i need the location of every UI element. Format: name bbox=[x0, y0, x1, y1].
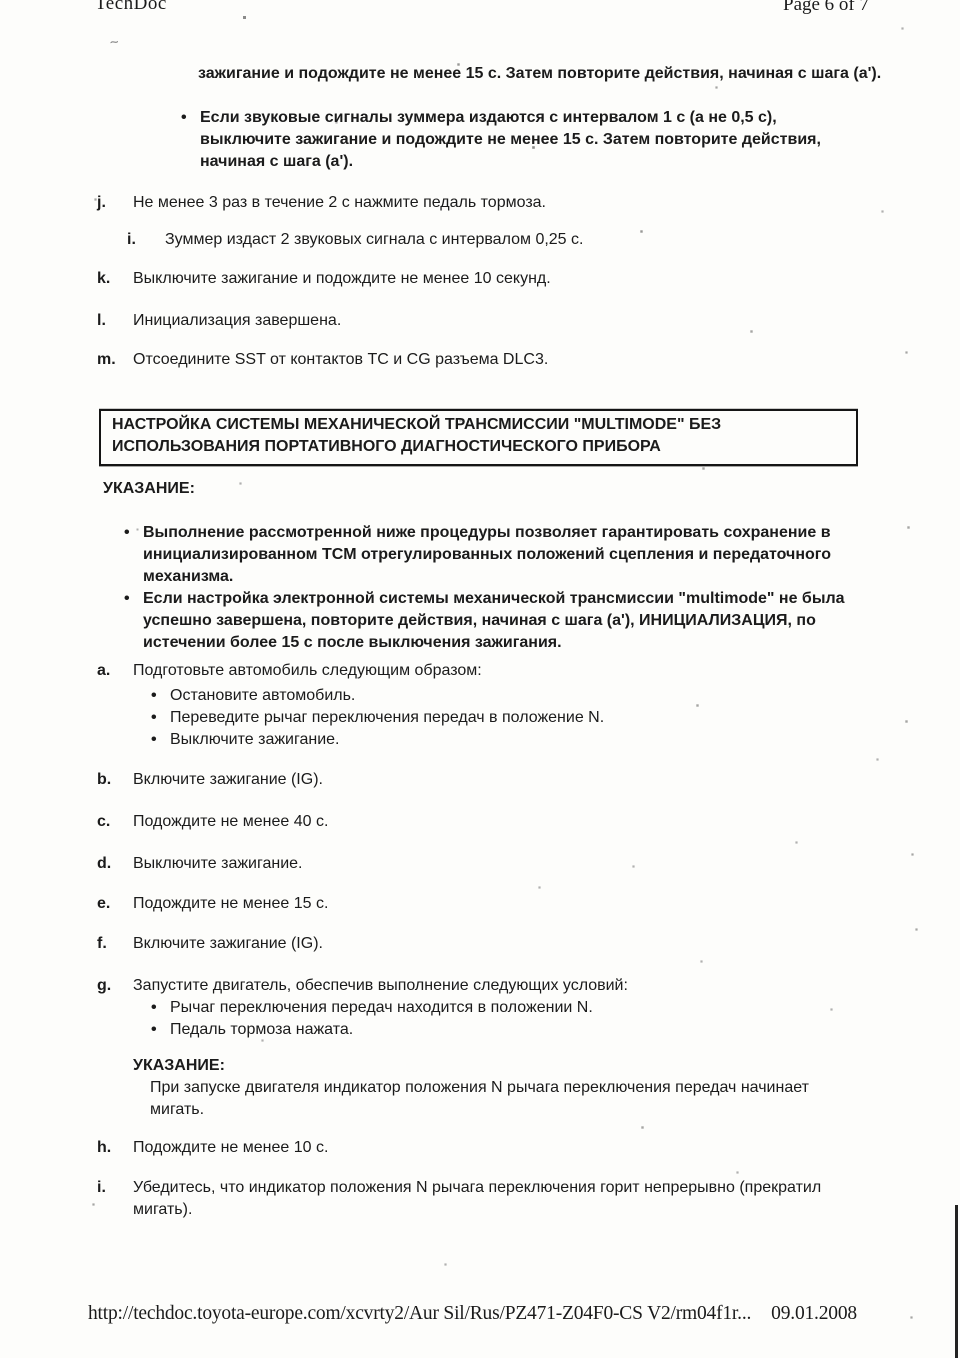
sub-bullet-text: Рычаг переключения передач находится в п… bbox=[170, 997, 593, 1019]
step-text: Включите зажигание (IG). bbox=[133, 933, 323, 955]
step-label: c. bbox=[97, 811, 133, 833]
scan-edge-artifact bbox=[955, 1205, 958, 1358]
bullet-icon: • bbox=[151, 1019, 170, 1041]
step-row-h: h. Подождите не менее 10 с. bbox=[97, 1137, 857, 1159]
step-a-bullets: • Остановите автомобиль. • Переведите ры… bbox=[151, 685, 811, 751]
note-text: При запуске двигателя индикатор положени… bbox=[150, 1077, 838, 1121]
step-label: b. bbox=[97, 769, 133, 791]
note-heading: УКАЗАНИЕ: bbox=[103, 480, 195, 498]
note-item: • Выполнение рассмотренной ниже процедур… bbox=[124, 522, 876, 588]
note-text: Если настройка электронной системы механ… bbox=[143, 588, 876, 654]
step-text: Подготовьте автомобиль следующим образом… bbox=[133, 660, 482, 682]
bullet-icon: • bbox=[124, 588, 143, 654]
app-title: TechDoc bbox=[95, 0, 167, 15]
note-item: • Если настройка электронной системы мех… bbox=[124, 588, 876, 654]
step-row-b: b. Включите зажигание (IG). bbox=[97, 769, 857, 791]
sub-bullet-text: Остановите автомобиль. bbox=[170, 685, 355, 707]
sub-bullet-text: Выключите зажигание. bbox=[170, 729, 339, 751]
section-title-box: НАСТРОЙКА СИСТЕМЫ МЕХАНИЧЕСКОЙ ТРАНСМИСС… bbox=[99, 409, 858, 466]
step-row-c: c. Подождите не менее 40 с. bbox=[97, 811, 857, 833]
step-text: Подождите не менее 10 с. bbox=[133, 1137, 328, 1159]
step-row-f: f. Включите зажигание (IG). bbox=[97, 933, 857, 955]
step-row-d: d. Выключите зажигание. bbox=[97, 853, 857, 875]
step-text: Включите зажигание (IG). bbox=[133, 769, 323, 791]
step-row-k: k. Выключите зажигание и подождите не ме… bbox=[97, 268, 857, 290]
step-label: i. bbox=[97, 1177, 133, 1221]
step-row-g: g. Запустите двигатель, обеспечив выполн… bbox=[97, 975, 857, 997]
step-label: m. bbox=[97, 349, 133, 371]
bullet-icon: • bbox=[151, 707, 170, 729]
scan-tilde-artifact: ~ bbox=[109, 33, 120, 51]
sub-bullet: • Остановите автомобиль. bbox=[151, 685, 811, 707]
step-row-m: m. Отсоедините SST от контактов TC и CG … bbox=[97, 349, 857, 371]
sub-bullet: • Рычаг переключения передач находится в… bbox=[151, 997, 811, 1019]
step-label: e. bbox=[97, 893, 133, 915]
step-row-l: l. Инициализация завершена. bbox=[97, 310, 857, 332]
footer-date: 09.01.2008 bbox=[771, 1303, 857, 1325]
step-label: g. bbox=[97, 975, 133, 997]
page-indicator: Page 6 of 7 bbox=[783, 0, 869, 16]
step-label: f. bbox=[97, 933, 133, 955]
bullet-icon: • bbox=[181, 107, 200, 173]
sub-bullet-text: Педаль тормоза нажата. bbox=[170, 1019, 353, 1041]
bullet-icon: • bbox=[151, 685, 170, 707]
sub-bullet: • Выключите зажигание. bbox=[151, 729, 811, 751]
step-label: d. bbox=[97, 853, 133, 875]
scanned-document-page: TechDoc Page 6 of 7 ~ зажигание и подожд… bbox=[0, 0, 960, 1358]
bullet-icon: • bbox=[151, 729, 170, 751]
step-text: Не менее 3 раз в течение 2 с нажмите пед… bbox=[133, 192, 546, 214]
step-text: Запустите двигатель, обеспечив выполнени… bbox=[133, 975, 628, 997]
step-label: j. bbox=[97, 192, 133, 214]
section-notes: • Выполнение рассмотренной ниже процедур… bbox=[124, 522, 876, 654]
step-text: Выключите зажигание и подождите не менее… bbox=[133, 268, 551, 290]
bullet-icon: • bbox=[151, 997, 170, 1019]
step-text: Выключите зажигание. bbox=[133, 853, 302, 875]
step-row-e: e. Подождите не менее 15 с. bbox=[97, 893, 857, 915]
step-text: Подождите не менее 40 с. bbox=[133, 811, 328, 833]
step-g-bullets: • Рычаг переключения передач находится в… bbox=[151, 997, 811, 1041]
substep-row-i: i. Зуммер издаст 2 звуковых сигнала с ин… bbox=[127, 229, 847, 251]
step-g-note: УКАЗАНИЕ: При запуске двигателя индикато… bbox=[133, 1055, 838, 1121]
step-row-a: a. Подготовьте автомобиль следующим обра… bbox=[97, 660, 857, 682]
bullet-icon: • bbox=[124, 522, 143, 588]
footer: http://techdoc.toyota-europe.com/xcvrty2… bbox=[88, 1303, 857, 1325]
sub-bullet: • Переведите рычаг переключения передач … bbox=[151, 707, 811, 729]
footer-url: http://techdoc.toyota-europe.com/xcvrty2… bbox=[88, 1303, 751, 1325]
substep-label: i. bbox=[127, 229, 165, 251]
step-row-j: j. Не менее 3 раз в течение 2 с нажмите … bbox=[97, 192, 857, 214]
step-text: Инициализация завершена. bbox=[133, 310, 341, 332]
step-text: Отсоедините SST от контактов TC и CG раз… bbox=[133, 349, 548, 371]
note-text: Выполнение рассмотренной ниже процедуры … bbox=[143, 522, 876, 588]
sub-bullet: • Педаль тормоза нажата. bbox=[151, 1019, 811, 1041]
substep-text: Зуммер издаст 2 звуковых сигнала с интер… bbox=[165, 229, 583, 251]
step-label: h. bbox=[97, 1137, 133, 1159]
step-text: Подождите не менее 15 с. bbox=[133, 893, 328, 915]
step-label: k. bbox=[97, 268, 133, 290]
step-row-i: i. Убедитесь, что индикатор положения N … bbox=[97, 1177, 842, 1221]
step-label: a. bbox=[97, 660, 133, 682]
note-heading: УКАЗАНИЕ: bbox=[133, 1055, 838, 1077]
step-text: Убедитесь, что индикатор положения N рыч… bbox=[133, 1177, 842, 1221]
sub-bullet-text: Переведите рычаг переключения передач в … bbox=[170, 707, 604, 729]
step-label: l. bbox=[97, 310, 133, 332]
scan-noise-layer bbox=[0, 0, 1, 1]
continuation-bullet-text: Если звуковые сигналы зуммера издаются с… bbox=[200, 107, 853, 173]
continuation-paragraph: зажигание и подождите не менее 15 с. Зат… bbox=[198, 63, 883, 85]
